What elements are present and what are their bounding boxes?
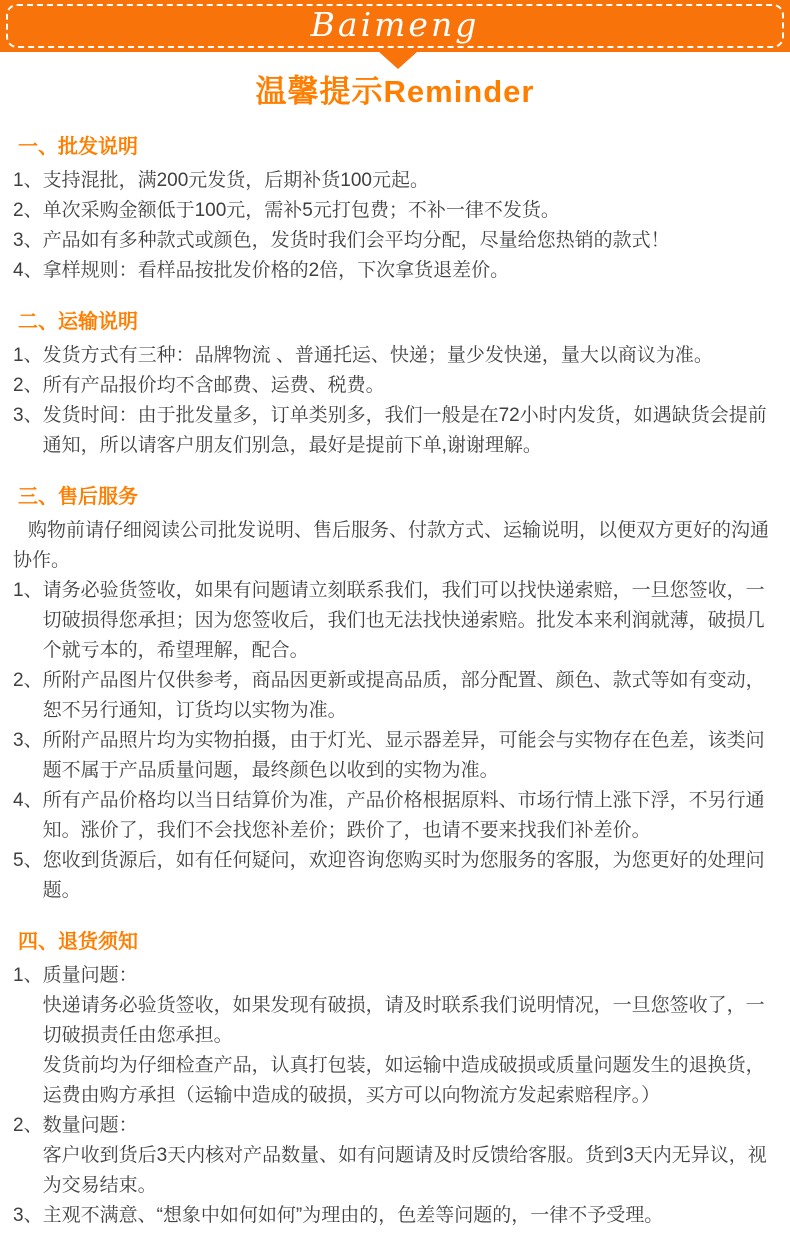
list-item: 3、 产品如有多种款式或颜色，发货时我们会平均分配，尽量给您热销的款式！ [13,226,776,256]
section-return-policy: 四、退货须知 1、 质量问题： 快递请务必验货签收，如果发现有破损，请及时联系我… [13,928,776,1231]
item-sub-text: 发货前均为仔细检查产品，认真打包装，如运输中造成破损或质量问题发生的退换货，运费… [43,1051,776,1111]
item-number: 3、 [13,226,43,256]
item-text: 所有产品价格均以当日结算价为准，产品价格根据原料、市场行情上涨下浮，不另行通知。… [43,786,776,846]
after-sales-intro: 购物前请仔细阅读公司批发说明、售后服务、付款方式、运输说明，以便双方更好的沟通协… [13,516,776,576]
reminder-content: 一、批发说明 1、 支持混批，满200元发货，后期补货100元起。 2、 单次采… [0,133,790,1231]
list-item: 1、 请务必验货签收，如果有问题请立刻联系我们，我们可以找快递索赔，一旦您签收，… [13,576,776,666]
list-item: 5、 您收到货源后，如有任何疑问，欢迎咨询您购买时为您服务的客服，为您更好的处理… [13,846,776,906]
item-number: 1、 [13,341,43,371]
list-item: 4、 拿样规则：看样品按批发价格的2倍，下次拿货退差价。 [13,256,776,286]
list-item: 1、 质量问题： 快递请务必验货签收，如果发现有破损，请及时联系我们说明情况，一… [13,961,776,1111]
item-number: 1、 [13,166,43,196]
section-heading-after-sales: 三、售后服务 [18,483,776,511]
list-item: 1、 支持混批，满200元发货，后期补货100元起。 [13,166,776,196]
item-text: 发货方式有三种：品牌物流 、普通托运、快递；量少发快递，量大以商议为准。 [43,341,776,371]
section-heading-returns: 四、退货须知 [18,928,776,956]
item-text: 所附产品图片仅供参考，商品因更新或提高品质，部分配置、颜色、款式等如有变动，恕不… [43,666,776,726]
item-number: 1、 [13,961,43,991]
list-item: 1、 发货方式有三种：品牌物流 、普通托运、快递；量少发快递，量大以商议为准。 [13,341,776,371]
item-text: 请务必验货签收，如果有问题请立刻联系我们，我们可以找快递索赔，一旦您签收，一切破… [43,576,776,666]
item-sub-text: 快递请务必验货签收，如果发现有破损，请及时联系我们说明情况，一旦您签收了，一切破… [43,991,776,1051]
section-after-sales: 三、售后服务 购物前请仔细阅读公司批发说明、售后服务、付款方式、运输说明，以便双… [13,483,776,906]
list-item: 2、 所附产品图片仅供参考，商品因更新或提高品质，部分配置、颜色、款式等如有变动… [13,666,776,726]
list-item: 3、 主观不满意、“想象中如何如何”为理由的，色差等问题的，一律不予受理。 [13,1201,776,1231]
item-number: 3、 [13,726,43,756]
item-number: 3、 [13,401,43,431]
item-text: 所有产品报价均不含邮费、运费、税费。 [43,371,776,401]
item-number: 1、 [13,576,43,606]
section-heading-shipping: 二、运输说明 [18,308,776,336]
item-text-group: 数量问题： 客户收到货后3天内核对产品数量、如有问题请及时反馈给客服。货到3天内… [43,1111,776,1201]
section-wholesale-notes: 一、批发说明 1、 支持混批，满200元发货，后期补货100元起。 2、 单次采… [13,133,776,286]
list-item: 3、 所附产品照片均为实物拍摄，由于灯光、显示器差异，可能会与实物存在色差，该类… [13,726,776,786]
banner-pointer-triangle [379,52,417,69]
item-text: 发货时间：由于批发量多，订单类别多，我们一般是在72小时内发货，如遇缺货会提前通… [43,401,776,461]
item-text: 质量问题： [43,961,776,991]
item-text-group: 质量问题： 快递请务必验货签收，如果发现有破损，请及时联系我们说明情况，一旦您签… [43,961,776,1111]
item-text: 支持混批，满200元发货，后期补货100元起。 [43,166,776,196]
item-number: 4、 [13,256,43,286]
section-shipping-notes: 二、运输说明 1、 发货方式有三种：品牌物流 、普通托运、快递；量少发快递，量大… [13,308,776,461]
item-sub-text: 客户收到货后3天内核对产品数量、如有问题请及时反馈给客服。货到3天内无异议，视为… [43,1141,776,1201]
page-title: 温馨提示Reminder [0,73,790,111]
item-text: 主观不满意、“想象中如何如何”为理由的，色差等问题的，一律不予受理。 [43,1201,776,1231]
item-text: 您收到货源后，如有任何疑问，欢迎咨询您购买时为您服务的客服，为您更好的处理问题。 [43,846,776,906]
item-text: 单次采购金额低于100元，需补5元打包费；不补一律不发货。 [43,196,776,226]
item-number: 2、 [13,1111,43,1141]
item-number: 2、 [13,196,43,226]
list-item: 2、 单次采购金额低于100元，需补5元打包费；不补一律不发货。 [13,196,776,226]
item-text: 产品如有多种款式或颜色，发货时我们会平均分配，尽量给您热销的款式！ [43,226,776,256]
list-item: 4、 所有产品价格均以当日结算价为准，产品价格根据原料、市场行情上涨下浮，不另行… [13,786,776,846]
item-text: 所附产品照片均为实物拍摄，由于灯光、显示器差异，可能会与实物存在色差，该类问题不… [43,726,776,786]
item-text: 拿样规则：看样品按批发价格的2倍，下次拿货退差价。 [43,256,776,286]
item-number: 2、 [13,371,43,401]
list-item: 2、 所有产品报价均不含邮费、运费、税费。 [13,371,776,401]
item-number: 3、 [13,1201,43,1231]
list-item: 2、 数量问题： 客户收到货后3天内核对产品数量、如有问题请及时反馈给客服。货到… [13,1111,776,1201]
section-heading-wholesale: 一、批发说明 [18,133,776,161]
item-number: 2、 [13,666,43,696]
brand-banner: Baimeng [0,0,790,52]
list-item: 3、 发货时间：由于批发量多，订单类别多，我们一般是在72小时内发货，如遇缺货会… [13,401,776,461]
item-number: 4、 [13,786,43,816]
brand-logo-text: Baimeng [0,0,790,52]
item-number: 5、 [13,846,43,876]
item-text: 数量问题： [43,1111,776,1141]
